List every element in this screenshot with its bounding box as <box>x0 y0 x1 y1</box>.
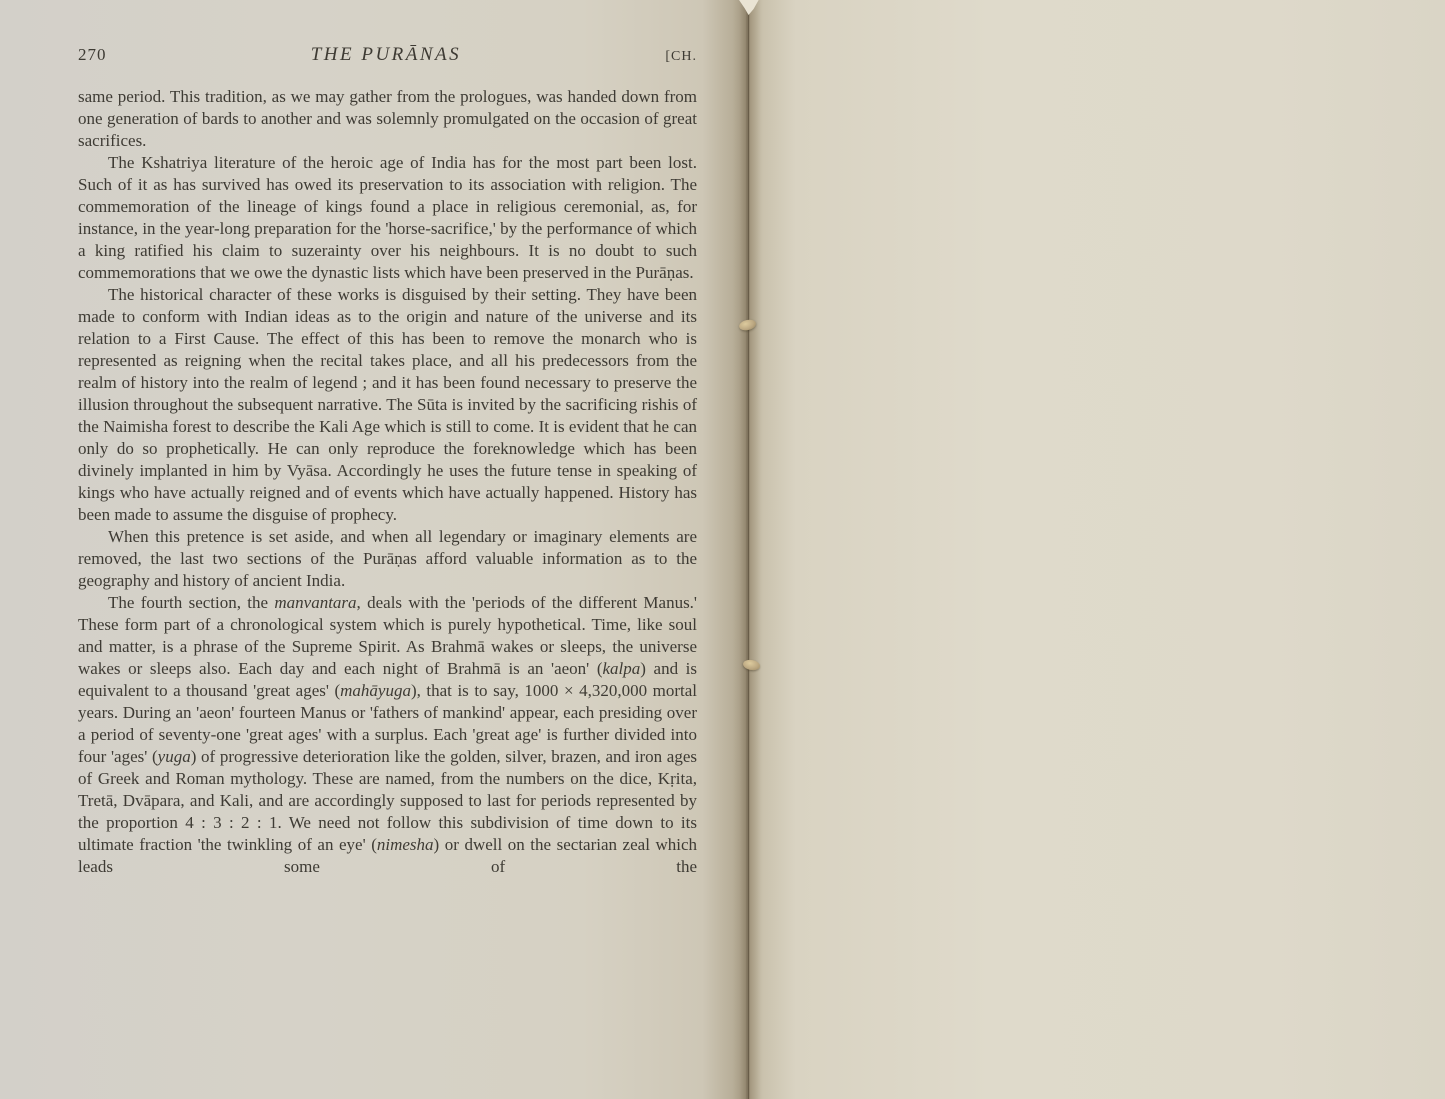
running-title-left: THE PURĀNAS <box>311 44 461 66</box>
left-page: 270 THE PURĀNAS [CH. same period. This t… <box>0 0 747 1099</box>
left-page-text: same period. This tradition, as we may g… <box>78 86 697 878</box>
paragraph: same period. This tradition, as we may g… <box>78 86 697 152</box>
chapter-mark-left: [CH. <box>665 49 697 65</box>
left-page-header: 270 THE PURĀNAS [CH. <box>78 44 697 66</box>
paragraph: The historical character of these works … <box>78 284 697 526</box>
book-spread: 270 THE PURĀNAS [CH. same period. This t… <box>0 0 1445 1099</box>
paragraph: The fourth section, the manvantara, deal… <box>78 592 697 878</box>
paragraph: The Kshatriya literature of the heroic a… <box>78 152 697 284</box>
page-number-left: 270 <box>78 45 107 65</box>
right-page: XIII ] THE MANUS 271 Purāṇas to assert t… <box>747 0 1445 1099</box>
paragraph: When this pretence is set aside, and whe… <box>78 526 697 592</box>
